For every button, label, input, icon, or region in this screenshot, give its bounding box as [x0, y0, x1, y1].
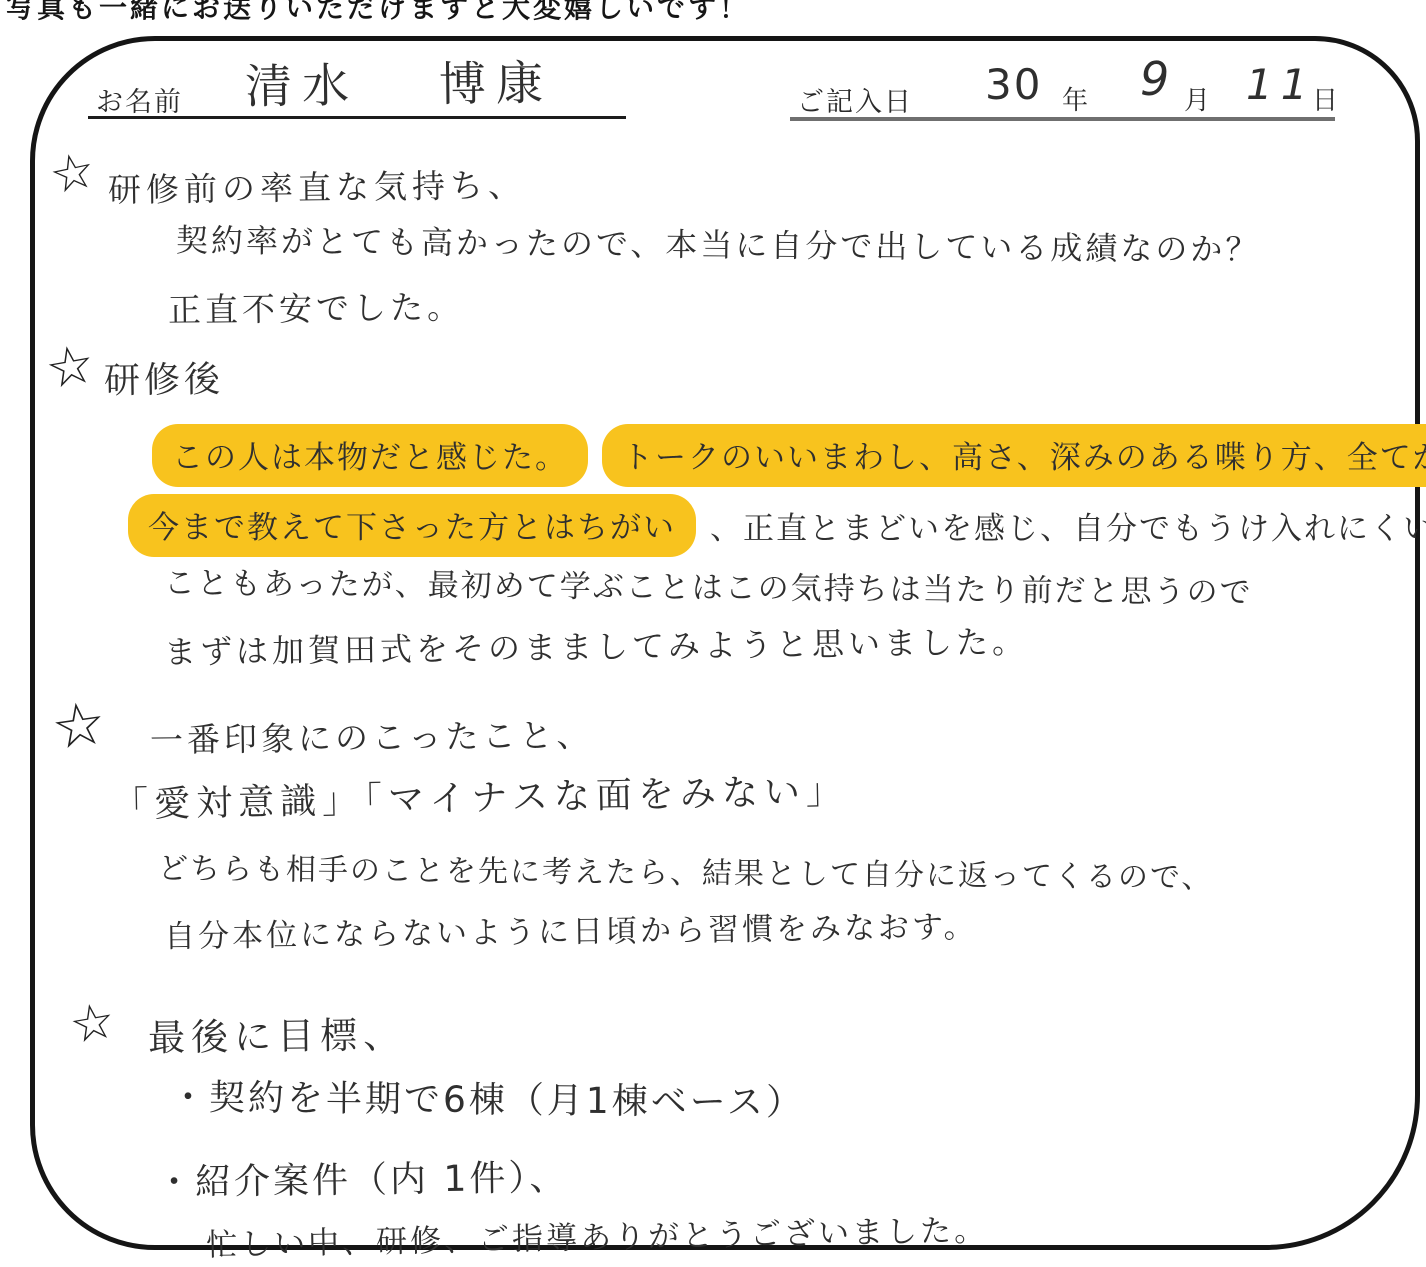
- top-note-text: 写真も一緒にお送りいただけますと大変嬉しいです！: [6, 0, 750, 26]
- section-before-line: 契約率がとても高かったので、本当に自分で出している成績なのか？: [176, 215, 1261, 270]
- section-goals-item: ・紹介案件（内 1件）、: [156, 1149, 569, 1205]
- date-month-unit: 月: [1184, 80, 1210, 117]
- feedback-form-sheet: 写真も一緒にお送りいただけますと大変嬉しいです！ お名前 清水 博康 ご記入日 …: [0, 0, 1426, 1267]
- highlighted-text: この人は本物だと感じた。: [152, 424, 588, 487]
- date-month-value: 9: [1140, 52, 1171, 106]
- highlighted-text: 今まで教えて下さった方とはちがい: [128, 494, 696, 557]
- name-value-handwritten: 清水 博康: [245, 46, 554, 117]
- section-goals-item: ・契約を半期で6棟（月1棟ベース）: [170, 1069, 805, 1126]
- section-goals-title: 最後に目標、: [148, 1004, 407, 1061]
- date-year-unit: 年: [1062, 80, 1088, 117]
- section-impression-line: どちらも相手のことを先に考えたら、結果として自分に返ってくるので、: [158, 843, 1214, 896]
- star-bullet-icon: ☆: [66, 994, 119, 1051]
- section-after-line: 、正直とまどいを感じ、自分でもうけ入れにくい: [710, 503, 1426, 548]
- section-impression-title: 一番印象にのこったこと、: [150, 709, 594, 761]
- date-year-value: 30: [985, 60, 1042, 109]
- section-after-mixed-row: 今まで教えて下さった方とはちがい 、正直とまどいを感じ、自分でもうけ入れにくい: [128, 494, 1426, 557]
- date-label: ご記入日: [797, 80, 913, 119]
- section-before-line: 正直不安でした。: [168, 281, 465, 332]
- star-bullet-icon: ☆: [48, 693, 110, 760]
- highlighted-text: トークのいいまわし、高さ、深みのある喋り方、全てが: [602, 424, 1426, 487]
- section-before-title: 研修前の率直な気持ち、: [108, 159, 527, 211]
- section-after-highlight-row: この人は本物だと感じた。 トークのいいまわし、高さ、深みのある喋り方、全てが: [152, 424, 1426, 487]
- date-underline: [790, 117, 1335, 121]
- star-bullet-icon: ☆: [42, 336, 99, 398]
- name-underline: [88, 116, 626, 119]
- date-day-value: 11: [1246, 60, 1315, 109]
- name-label: お名前: [96, 80, 183, 119]
- section-after-title: 研修後: [104, 351, 225, 403]
- date-day-unit: 日: [1312, 80, 1338, 117]
- section-after-line: こともあったが、最初めて学ぶことはこの気持ちは当たり前だと思うので: [164, 557, 1253, 611]
